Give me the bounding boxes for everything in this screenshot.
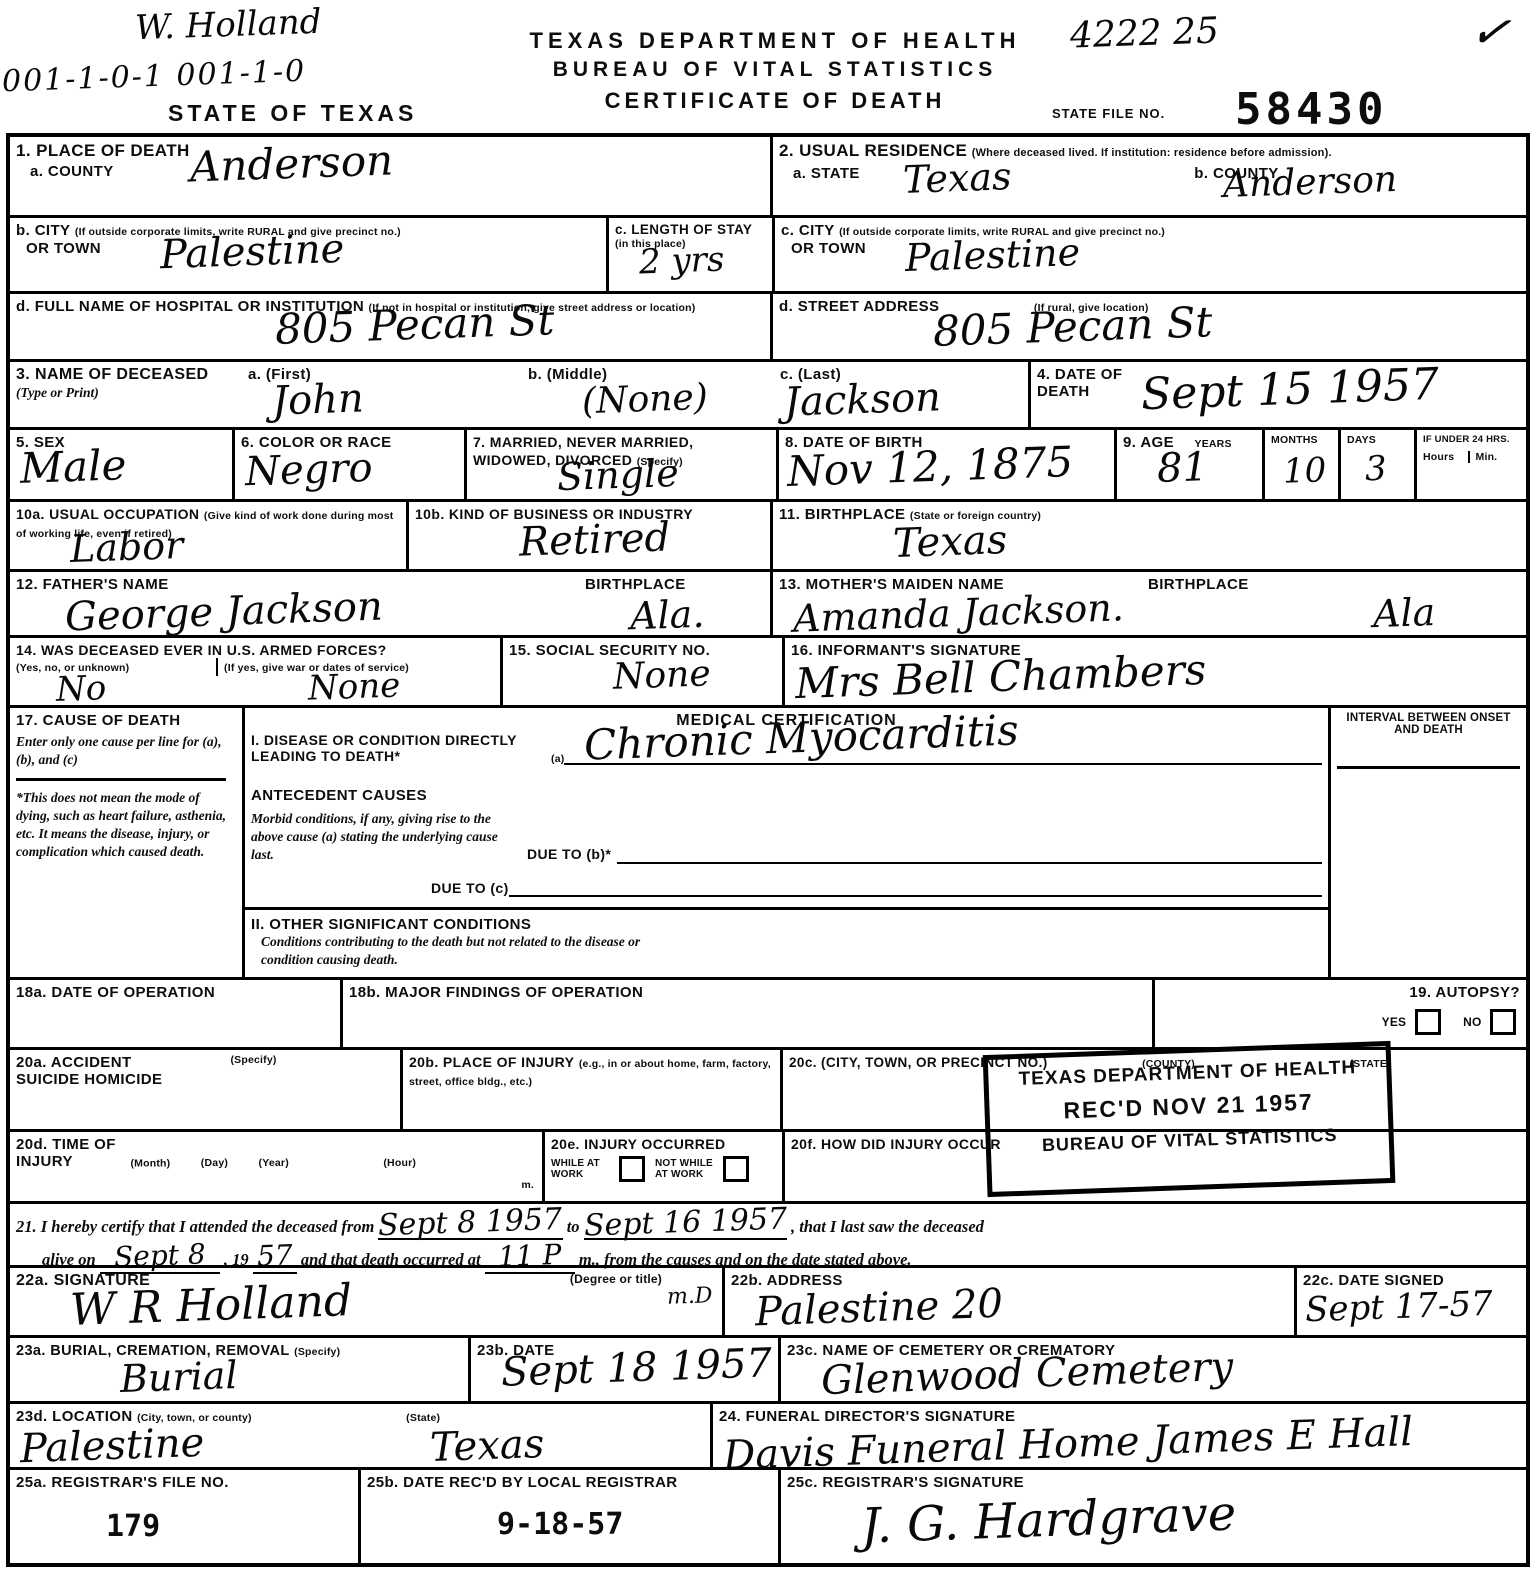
state-file-no-value: 58430 bbox=[1235, 84, 1387, 135]
due-to-c-label: DUE TO (c) bbox=[431, 880, 509, 896]
stamp-line1: TEXAS DEPARTMENT OF HEALTH bbox=[988, 1056, 1387, 1092]
father-name-cell: 12. FATHER'S NAME BIRTHPLACE George Jack… bbox=[10, 572, 770, 635]
mother-name-cell: 13. MOTHER'S MAIDEN NAME BIRTHPLACE Aman… bbox=[770, 572, 1526, 635]
marital-status-cell: 7. MARRIED, NEVER MARRIED, WIDOWED, DIVO… bbox=[464, 430, 776, 499]
street-address-label: d. STREET ADDRESS bbox=[779, 298, 939, 315]
major-findings-label: 18b. MAJOR FINDINGS OF OPERATION bbox=[349, 984, 1146, 1001]
age-days-value-handwritten: 3 bbox=[1364, 452, 1387, 487]
physician-address-cell: 22b. ADDRESS Palestine 20 bbox=[722, 1268, 1294, 1335]
disease-label: I. DISEASE OR CONDITION DIRECTLY LEADING… bbox=[251, 732, 551, 764]
autopsy-no-checkbox bbox=[1490, 1009, 1516, 1035]
name-of-deceased-label: 3. NAME OF DECEASED bbox=[16, 366, 236, 384]
while-at-work-label: WHILE AT WORK bbox=[551, 1158, 615, 1180]
age-years-value-handwritten: 81 bbox=[1156, 447, 1208, 489]
received-stamp: TEXAS DEPARTMENT OF HEALTH REC'D NOV 21 … bbox=[983, 1041, 1396, 1197]
burial-cell: 23a. BURIAL, CREMATION, REMOVAL (Specify… bbox=[10, 1338, 468, 1401]
age-hours-label: Hours bbox=[1423, 451, 1468, 463]
residence-city-cell: c. CITY (If outside corporate limits, wr… bbox=[772, 218, 1526, 291]
injury-occurred-cell: 20e. INJURY OCCURRED WHILE AT WORK NOT W… bbox=[542, 1132, 782, 1201]
not-while-at-work-checkbox bbox=[723, 1156, 749, 1182]
hospital-value-handwritten: 805 Pecan St bbox=[274, 299, 555, 351]
physician-signature-handwritten: W R Holland bbox=[69, 1279, 352, 1333]
occupation-cell: 10a. USUAL OCCUPATION (Give kind of work… bbox=[10, 502, 406, 569]
handwritten-name-annotation: W. Holland bbox=[134, 5, 321, 45]
time-of-injury-label: 20d. TIME OF INJURY bbox=[16, 1136, 126, 1171]
injury-occurred-label: 20e. INJURY OCCURRED bbox=[551, 1136, 776, 1152]
autopsy-cell: 19. AUTOPSY? YES NO bbox=[1152, 980, 1526, 1047]
physician-address-handwritten: Palestine 20 bbox=[754, 1284, 1003, 1333]
age-under24-label: IF UNDER 24 HRS. bbox=[1423, 434, 1520, 445]
major-findings-cell: 18b. MAJOR FINDINGS OF OPERATION bbox=[340, 980, 1152, 1047]
usual-residence-cell: 2. USUAL RESIDENCE (Where deceased lived… bbox=[770, 137, 1526, 215]
place-city-cell: b. CITY (If outside corporate limits, wr… bbox=[10, 218, 606, 291]
name-last-cell: c. (Last) Jackson bbox=[774, 362, 1028, 427]
stamp-line2: REC'D NOV 21 1957 bbox=[989, 1086, 1388, 1127]
birthplace-value-handwritten: Texas bbox=[892, 520, 1008, 564]
burial-location-city-handwritten: Palestine bbox=[19, 1423, 205, 1469]
age-min-label: Min. bbox=[1468, 451, 1521, 463]
place-city-label: b. CITY bbox=[16, 222, 70, 239]
autopsy-label: 19. AUTOPSY? bbox=[1161, 984, 1520, 1001]
degree-or-title-label: (Degree or title) bbox=[570, 1272, 662, 1286]
cause-of-death-label-cell: 17. CAUSE OF DEATH Enter only one cause … bbox=[10, 708, 242, 977]
time-hour-label: (Hour) bbox=[383, 1157, 416, 1169]
mother-birthplace-value-handwritten: Ala bbox=[1372, 593, 1436, 633]
while-at-work-checkbox bbox=[619, 1156, 645, 1182]
father-birthplace-label: BIRTHPLACE bbox=[585, 576, 686, 593]
county-value-handwritten: Anderson bbox=[189, 139, 393, 188]
cause-of-death-label: 17. CAUSE OF DEATH bbox=[16, 712, 236, 729]
time-m-label: m. bbox=[521, 1179, 534, 1191]
residence-state-value-handwritten: Texas bbox=[902, 157, 1012, 199]
handwritten-code-annotation: 001-1-0-1 001-1-0 bbox=[2, 57, 307, 98]
stamp-line3: BUREAU OF VITAL STATISTICS bbox=[991, 1123, 1389, 1158]
usual-residence-note: (Where deceased lived. If institution: r… bbox=[972, 147, 1332, 159]
certify-text-3: , that I last saw the deceased bbox=[791, 1217, 984, 1236]
age-under24-cell: IF UNDER 24 HRS. Hours Min. bbox=[1414, 430, 1526, 499]
birthplace-cell: 11. BIRTHPLACE (State or foreign country… bbox=[770, 502, 1526, 569]
morbid-note: Morbid conditions, if any, giving rise t… bbox=[251, 810, 521, 865]
date-received-value: 9-18-57 bbox=[497, 1507, 772, 1542]
father-name-value-handwritten: George Jackson bbox=[64, 586, 383, 637]
date-signed-handwritten: Sept 17-57 bbox=[1304, 1287, 1493, 1328]
date-received-cell: 25b. DATE REC'D BY LOCAL REGISTRAR 9-18-… bbox=[358, 1470, 778, 1563]
residence-county-value-handwritten: Anderson bbox=[1222, 162, 1397, 204]
ssn-value-handwritten: None bbox=[612, 656, 711, 695]
occupation-label: 10a. USUAL OCCUPATION bbox=[16, 506, 199, 522]
interval-cell: INTERVAL BETWEEN ONSET AND DEATH bbox=[1328, 708, 1526, 977]
mother-birthplace-label: BIRTHPLACE bbox=[1148, 576, 1249, 593]
state-file-no-label: STATE FILE NO. bbox=[1052, 106, 1165, 121]
age-days-cell: DAYS 3 bbox=[1338, 430, 1414, 499]
name-first-value-handwritten: John bbox=[271, 378, 364, 421]
place-city-value-handwritten: Palestine bbox=[159, 229, 345, 275]
state-of-texas-label: STATE OF TEXAS bbox=[168, 100, 417, 127]
armed-forces-cell: 14. WAS DECEASED EVER IN U.S. ARMED FORC… bbox=[10, 638, 500, 705]
sex-value-handwritten: Male bbox=[19, 444, 127, 490]
time-year-label: (Year) bbox=[259, 1157, 289, 1169]
street-address-value-handwritten: 805 Pecan St bbox=[932, 301, 1213, 353]
date-of-operation-cell: 18a. DATE OF OPERATION bbox=[10, 980, 340, 1047]
registrar-file-no-value: 179 bbox=[106, 1509, 352, 1544]
place-of-death-county-cell: 1. PLACE OF DEATH a. COUNTY Anderson bbox=[10, 137, 770, 215]
physician-signature-cell: 22a. SIGNATURE (Degree or title) m.D W R… bbox=[10, 1268, 722, 1335]
accident-note: (Specify) bbox=[230, 1054, 276, 1066]
certify-text-2: to bbox=[567, 1217, 580, 1236]
residence-city-label2: OR TOWN bbox=[791, 240, 1520, 257]
length-of-stay-cell: c. LENGTH OF STAY (in this place) 2 yrs bbox=[606, 218, 772, 291]
informant-signature-handwritten: Mrs Bell Chambers bbox=[794, 649, 1207, 705]
date-of-death-cell: 4. DATE OF DEATH Sept 15 1957 bbox=[1028, 362, 1526, 427]
cause-star-note: *This does not mean the mode of dying, s… bbox=[16, 789, 236, 862]
age-years-cell: 9. AGE YEARS 81 bbox=[1114, 430, 1262, 499]
death-certificate-scan: W. Holland 001-1-0-1 001-1-0 STATE OF TE… bbox=[0, 0, 1536, 1569]
registrar-signature-handwritten: J. G. Hardgrave bbox=[860, 1489, 1237, 1550]
name-middle-value-handwritten: (None) bbox=[581, 380, 708, 420]
marital-status-value-handwritten: Single bbox=[556, 454, 679, 496]
date-of-death-label: 4. DATE OF DEATH bbox=[1037, 366, 1127, 401]
certification-statement-cell: 21. I hereby certify that I attended the… bbox=[10, 1204, 1526, 1265]
not-while-at-work-label: NOT WHILE AT WORK bbox=[655, 1158, 719, 1180]
burial-location-cell: 23d. LOCATION (City, town, or county) (S… bbox=[10, 1404, 710, 1467]
date-received-label: 25b. DATE REC'D BY LOCAL REGISTRAR bbox=[367, 1474, 772, 1491]
checkmark-annotation: ✓ bbox=[1467, 5, 1514, 58]
registrar-file-no-label: 25a. REGISTRAR'S FILE NO. bbox=[16, 1474, 352, 1491]
funeral-director-cell: 24. FUNERAL DIRECTOR'S SIGNATURE Davis F… bbox=[710, 1404, 1526, 1467]
name-middle-cell: b. (Middle) (None) bbox=[522, 362, 774, 427]
burial-date-handwritten: Sept 18 1957 bbox=[500, 1343, 772, 1392]
color-or-race-value-handwritten: Negro bbox=[244, 448, 373, 492]
armed-forces-label: 14. WAS DECEASED EVER IN U.S. ARMED FORC… bbox=[16, 642, 494, 658]
header: W. Holland 001-1-0-1 001-1-0 STATE OF TE… bbox=[0, 0, 1536, 133]
other-conditions-label: II. OTHER SIGNIFICANT CONDITIONS bbox=[251, 916, 1322, 933]
burial-note: (Specify) bbox=[294, 1346, 340, 1358]
mother-name-value-handwritten: Amanda Jackson. bbox=[792, 588, 1124, 638]
certify-text-1: 21. I hereby certify that I attended the… bbox=[16, 1217, 374, 1236]
time-day-label: (Day) bbox=[201, 1157, 228, 1169]
age-months-label: MONTHS bbox=[1271, 434, 1332, 446]
place-of-injury-cell: 20b. PLACE OF INJURY (e.g., in or about … bbox=[400, 1050, 780, 1129]
date-of-death-value-handwritten: Sept 15 1957 bbox=[1140, 363, 1439, 417]
handwritten-number-annotation: 4222 25 bbox=[1069, 13, 1219, 54]
armed-forces-value2-handwritten: None bbox=[307, 668, 400, 705]
residence-state-label: a. STATE bbox=[793, 165, 860, 182]
autopsy-no-label: NO bbox=[1463, 1015, 1481, 1029]
due-to-b-label: DUE TO (b)* bbox=[527, 846, 611, 862]
burial-value-handwritten: Burial bbox=[119, 1356, 238, 1398]
date-of-birth-value-handwritten: Nov 12, 1875 bbox=[786, 441, 1073, 493]
father-birthplace-value-handwritten: Ala. bbox=[629, 595, 705, 636]
name-last-value-handwritten: Jackson bbox=[783, 377, 941, 422]
burial-location-state-handwritten: Texas bbox=[429, 1424, 545, 1468]
date-of-operation-label: 18a. DATE OF OPERATION bbox=[16, 984, 334, 1001]
name-first-cell: a. (First) John bbox=[242, 362, 522, 427]
name-of-deceased-note: (Type or Print) bbox=[16, 384, 236, 402]
disease-sub-label: (a) bbox=[551, 753, 564, 765]
father-name-label: 12. FATHER'S NAME bbox=[16, 576, 169, 593]
armed-forces-value1-handwritten: No bbox=[55, 671, 106, 707]
date-signed-cell: 22c. DATE SIGNED Sept 17-57 bbox=[1294, 1268, 1526, 1335]
business-industry-cell: 10b. KIND OF BUSINESS OR INDUSTRY Retire… bbox=[406, 502, 770, 569]
department-line2: BUREAU OF VITAL STATISTICS bbox=[505, 58, 1045, 82]
registrar-file-no-cell: 25a. REGISTRAR'S FILE NO. 179 bbox=[10, 1470, 358, 1563]
certify-from-handwritten: Sept 8 1957 bbox=[378, 1205, 563, 1241]
interval-label: INTERVAL BETWEEN ONSET AND DEATH bbox=[1337, 712, 1520, 736]
length-of-stay-label: c. LENGTH OF STAY bbox=[615, 222, 766, 238]
autopsy-yes-label: YES bbox=[1382, 1015, 1407, 1029]
certify-to-handwritten: Sept 16 1957 bbox=[583, 1204, 787, 1241]
registrar-signature-cell: 25c. REGISTRAR'S SIGNATURE J. G. Hardgra… bbox=[778, 1470, 1526, 1563]
date-of-birth-cell: 8. DATE OF BIRTH Nov 12, 1875 bbox=[776, 430, 1114, 499]
residence-city-label: c. CITY bbox=[781, 222, 835, 239]
accident-suicide-homicide-cell: 20a. ACCIDENT SUICIDE HOMICIDE (Specify) bbox=[10, 1050, 400, 1129]
hospital-cell: d. FULL NAME OF HOSPITAL OR INSTITUTION … bbox=[10, 294, 770, 359]
certificate-form: 1. PLACE OF DEATH a. COUNTY Anderson 2. … bbox=[6, 133, 1530, 1567]
degree-handwritten: m.D bbox=[666, 1285, 712, 1309]
place-of-injury-label: 20b. PLACE OF INJURY bbox=[409, 1054, 574, 1070]
occupation-value-handwritten: Labor bbox=[69, 526, 184, 568]
name-of-deceased-label-cell: 3. NAME OF DECEASED (Type or Print) bbox=[10, 362, 242, 427]
cause-enter-note: Enter only one cause per line for (a), (… bbox=[16, 733, 236, 769]
header-center: TEXAS DEPARTMENT OF HEALTH BUREAU OF VIT… bbox=[505, 28, 1045, 114]
age-months-cell: MONTHS 10 bbox=[1262, 430, 1338, 499]
burial-date-cell: 23b. DATE Sept 18 1957 bbox=[468, 1338, 778, 1401]
informant-cell: 16. INFORMANT'S SIGNATURE Mrs Bell Chamb… bbox=[782, 638, 1526, 705]
disease-value-handwritten: Chronic Myocarditis bbox=[584, 709, 1020, 766]
department-line1: TEXAS DEPARTMENT OF HEALTH bbox=[505, 28, 1045, 54]
sex-cell: 5. SEX Male bbox=[10, 430, 232, 499]
ssn-cell: 15. SOCIAL SECURITY NO. None bbox=[500, 638, 782, 705]
age-months-value-handwritten: 10 bbox=[1282, 453, 1326, 488]
certificate-title: CERTIFICATE OF DEATH bbox=[505, 88, 1045, 114]
accident-suicide-homicide-label: 20a. ACCIDENT SUICIDE HOMICIDE bbox=[16, 1054, 166, 1089]
business-industry-value-handwritten: Retired bbox=[518, 517, 670, 562]
time-month-label: (Month) bbox=[130, 1157, 170, 1169]
county-label: a. COUNTY bbox=[30, 163, 764, 180]
street-address-cell: d. STREET ADDRESS (If rural, give locati… bbox=[770, 294, 1526, 359]
antecedent-label: ANTECEDENT CAUSES bbox=[251, 787, 1322, 804]
burial-location-state-note: (State) bbox=[406, 1412, 440, 1424]
length-of-stay-value-handwritten: 2 yrs bbox=[638, 243, 724, 280]
birthplace-label: 11. BIRTHPLACE bbox=[779, 506, 905, 523]
residence-city-value-handwritten: Palestine bbox=[904, 233, 1080, 277]
cemetery-cell: 23c. NAME OF CEMETERY OR CREMATORY Glenw… bbox=[778, 1338, 1526, 1401]
autopsy-yes-checkbox bbox=[1415, 1009, 1441, 1035]
color-or-race-cell: 6. COLOR OR RACE Negro bbox=[232, 430, 464, 499]
medical-certification-cell: MEDICAL CERTIFICATION I. DISEASE OR COND… bbox=[242, 708, 1328, 977]
other-conditions-note: Conditions contributing to the death but… bbox=[261, 933, 681, 969]
age-days-label: DAYS bbox=[1347, 434, 1408, 446]
time-of-injury-cell: 20d. TIME OF INJURY (Month) (Day) (Year)… bbox=[10, 1132, 542, 1201]
